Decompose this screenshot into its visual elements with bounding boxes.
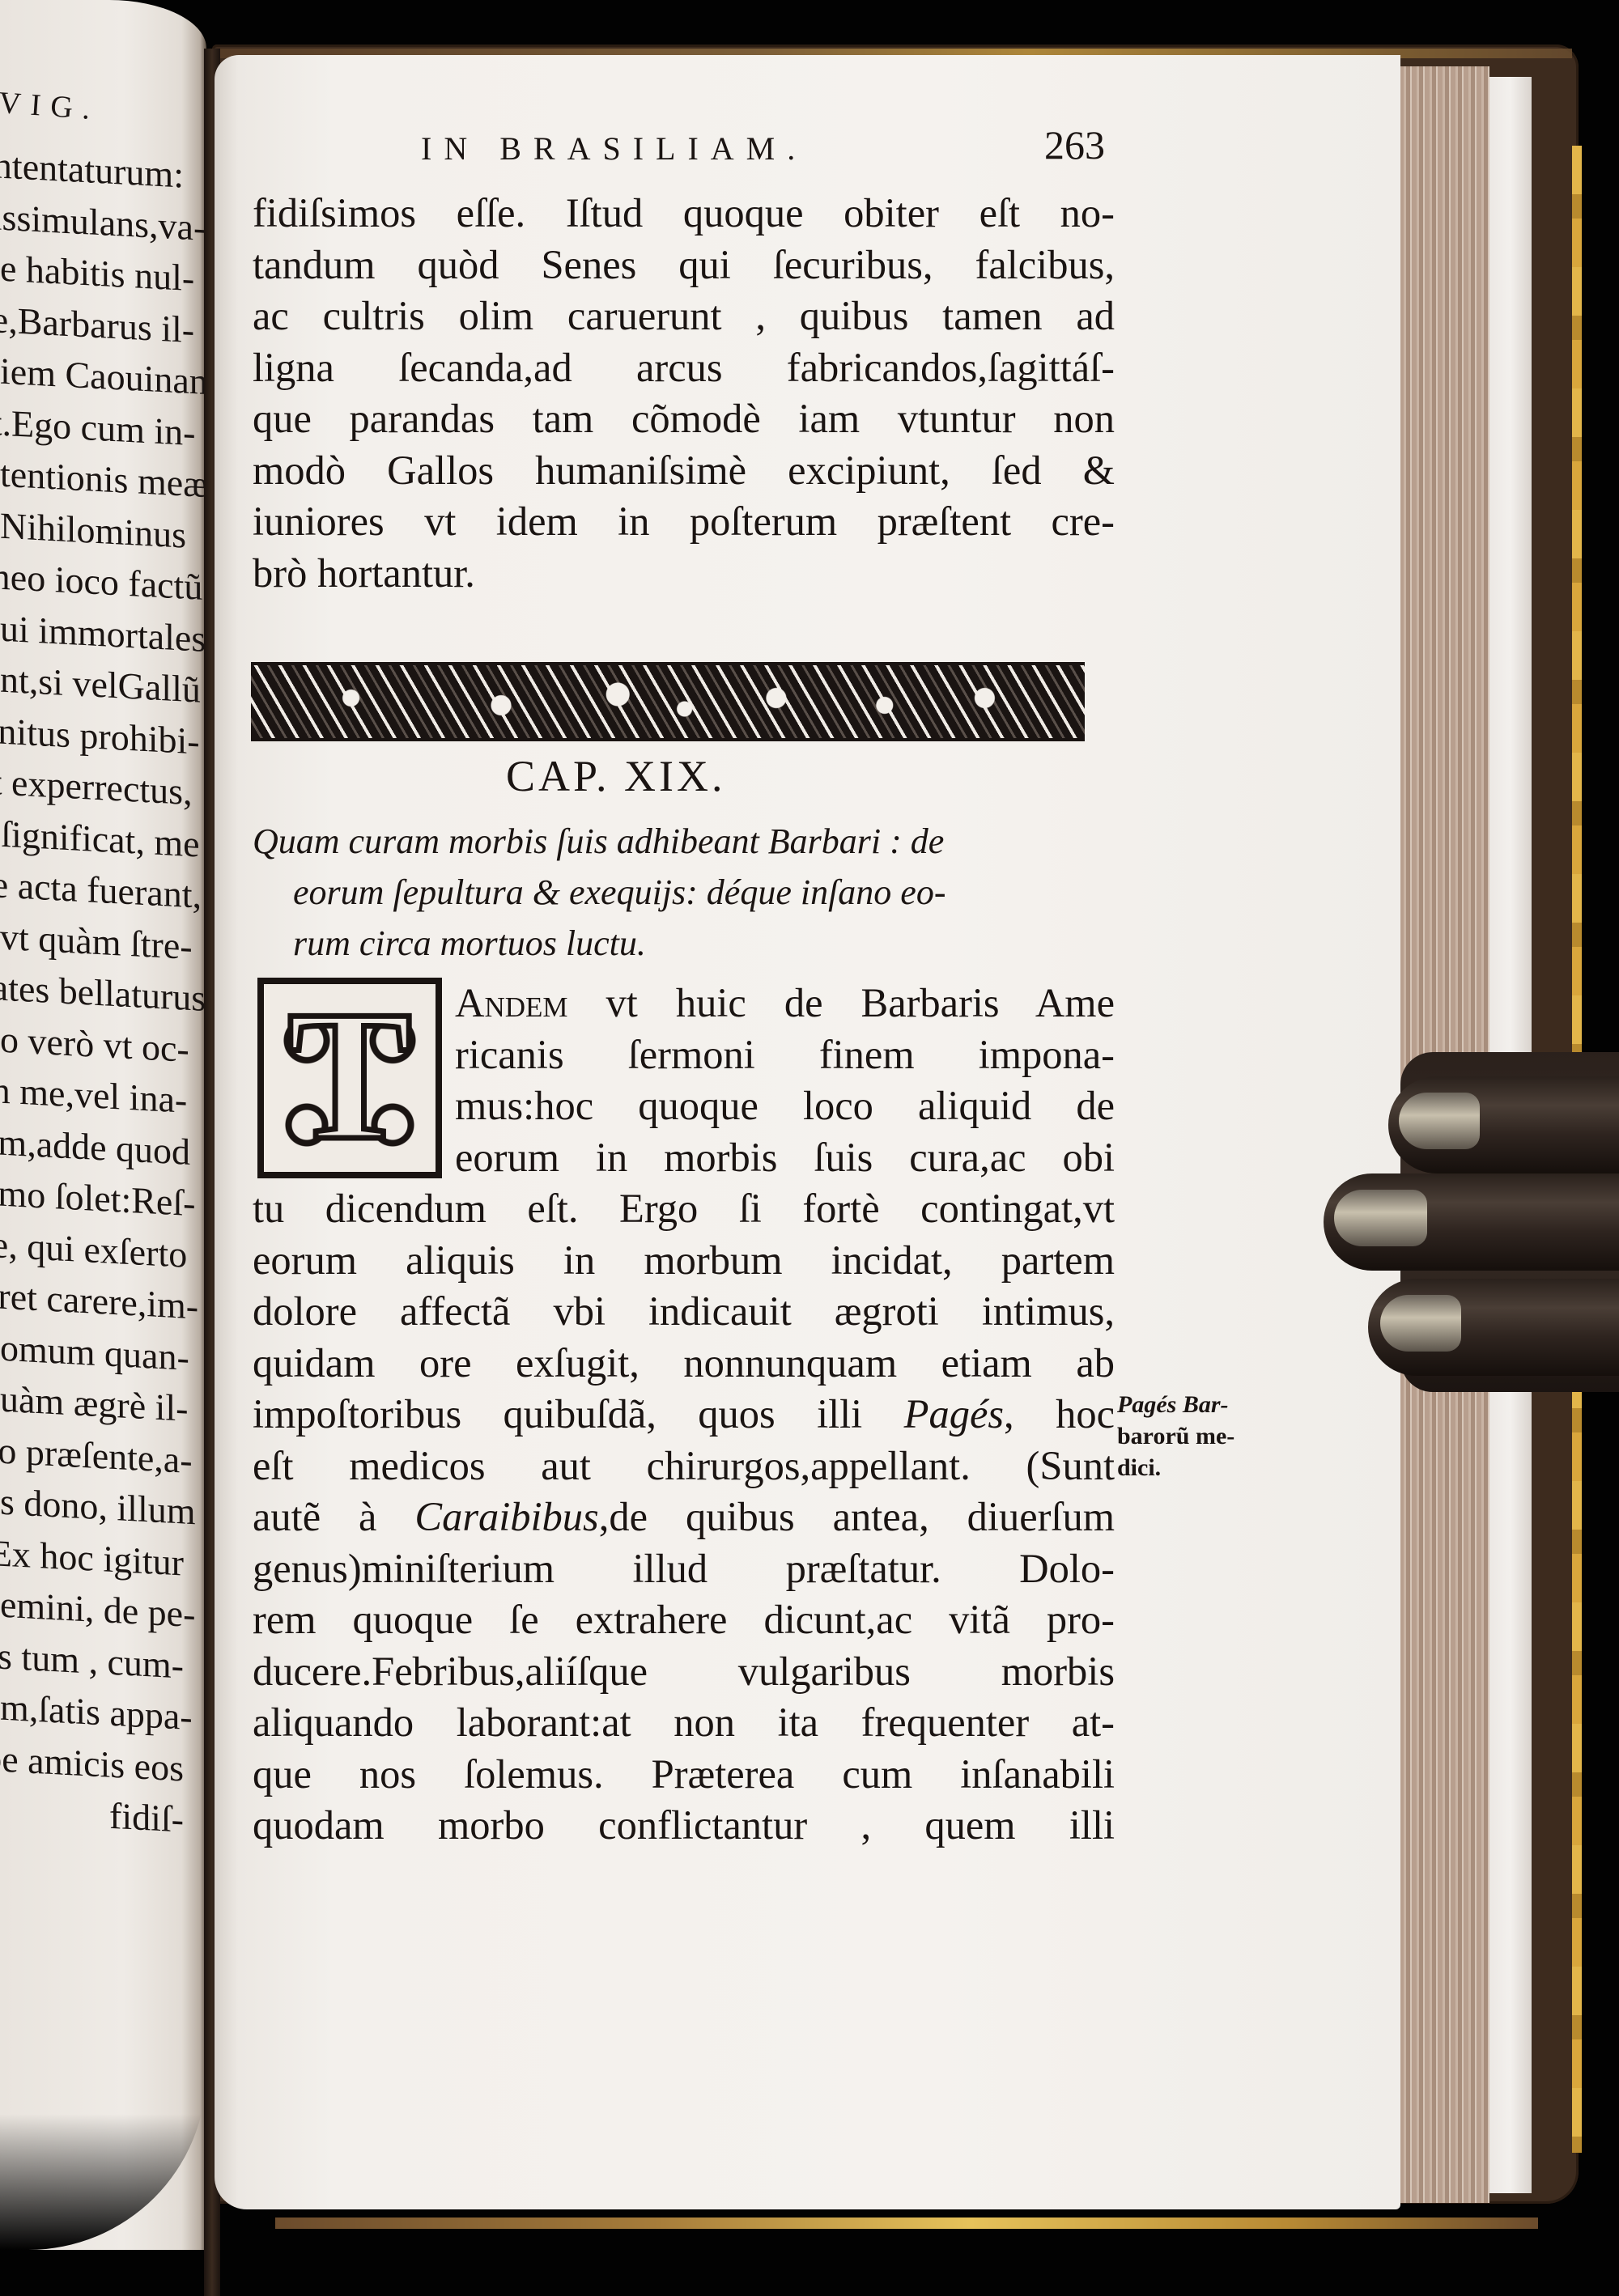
left-line: it.Ego cum in- [0,396,184,458]
left-line: unt,si velGallũ [0,652,184,715]
note-line: barorũ me- [1117,1420,1234,1452]
text-line: autẽ à Caraibibus,de quibus antea, diuer… [253,1492,1115,1543]
page-number: 263 [1044,121,1105,168]
text-line: ducere.Febribus,aliíſque vulgaribus morb… [253,1646,1115,1698]
left-page: VIG. intentaturum: lissimulans,va- ue ha… [0,0,206,2250]
text-line: mus:hoc quoque loco aliquid de [455,1080,1115,1132]
left-line: s tum , cum- [0,1629,184,1691]
text-line: quidam ore exſugit, nonnunquam etiam ab [253,1338,1115,1390]
text-line: ligna ſecanda,ad arcus fabricandos,ſagit… [253,342,1115,394]
left-line: iates bellaturus [0,961,184,1023]
text-line: eorum in morbis ſuis cura,ac obi [455,1132,1115,1184]
text-line: brò hortantur. [253,548,1115,600]
text-line: impoſtoribus quibuſdã, quos illi Pagés, … [253,1389,1115,1441]
left-line: go verò vt oc- [0,1012,184,1075]
left-line: quàm ægrè il- [0,1372,184,1434]
running-head: IN BRASILIAM. [421,129,807,168]
text-line: Andem vt huic de Barbaris Ame [455,978,1115,1029]
left-line: lissimulans,va- [0,190,184,253]
summary-line: eorum ſepultura & exequijs: déque inſano… [253,867,1115,918]
paragraph-1: fidiſsimos eſſe. Iſtud quoque obiter eſt… [253,188,1115,599]
left-line: um,ſatis appa- [0,1680,184,1742]
italic-term: Pagés [904,1391,1004,1437]
left-line: meo ioco factũ [0,550,184,612]
text-line: eorum aliquis in morbum incidat, partem [253,1235,1115,1287]
left-line: ſe acta fuerant, [0,858,184,920]
left-line: , vt quàm ſtre- [0,910,184,972]
text-line: ac cultris olim caruerunt , quibus tamen… [253,291,1115,342]
left-line: eret carere,im- [0,1269,184,1331]
text-line: que nos ſolemus. Præterea cum inſanabili [253,1749,1115,1801]
fingernail-icon [1399,1093,1480,1149]
left-line: eo præſente,a- [0,1424,184,1486]
left-line: os dono, illum [0,1475,184,1537]
summary-line: rum circa mortuos luctu. [253,918,1115,969]
text-line: fidiſsimos eſſe. Iſtud quoque obiter eſt… [253,188,1115,240]
left-line: nemini, de pe- [0,1577,184,1640]
left-line: te, qui exſerto [0,1218,184,1280]
chapter-title: CAP. XIX. [506,751,726,801]
left-line: domum quan- [0,1321,184,1383]
text-line: ricanis ſermoni finem impona- [455,1029,1115,1081]
left-line: em,adde quod [0,1115,184,1178]
left-line: enitus prohibi- [0,704,184,766]
text-line: iuniores vt idem in poſterum præſtent cr… [253,496,1115,548]
text-line: tu dicendum eſt. Ergo ſi fortè contingat… [253,1183,1115,1235]
first-word: Andem [455,980,568,1025]
italic-term: Caraibibus [414,1494,598,1539]
note-line: dici. [1117,1452,1234,1483]
left-line: i ſignificat, me [0,807,184,869]
left-line: fidiſ- [0,1783,184,1845]
text-line: dolore affectã vbi indicauit ægroti inti… [253,1286,1115,1338]
woodcut-ornament-band [251,662,1085,741]
text-line: eſt medicos aut chirurgos,appellant. (Su… [253,1441,1115,1492]
paragraph-2: Andem vt huic de Barbaris Ame ricanis ſe… [253,978,1115,1852]
fingernail-icon [1334,1190,1427,1246]
chapter-summary: Quam curam morbis ſuis adhibeant Barbari… [253,816,1115,969]
text-line: aliquando laborant:at non ita frequenter… [253,1697,1115,1749]
text-line: genus)miniſterium illud præſtatur. Dolo- [253,1543,1115,1595]
fingernail-icon [1380,1295,1461,1352]
left-line: pe amicis eos [0,1732,184,1794]
gilt-bottom-edge [275,2217,1538,2229]
left-line: ue habitis nul- [0,241,184,303]
left-line: Ex hoc igitur [0,1526,184,1589]
marginal-note: Pagés Bar- barorũ me- dici. [1117,1389,1234,1483]
text-line: tandum quòd Senes qui ſecuribus, falcibu… [253,240,1115,291]
left-line: ntentionis meæ [0,447,184,509]
left-line: in me,vel ina- [0,1063,184,1126]
left-page-text: intentaturum: lissimulans,va- ue habitis… [0,144,184,1840]
left-line: . Nihilominus [0,499,184,561]
note-line: Pagés Bar- [1117,1389,1234,1420]
bronze-hand-weight [1311,1012,1619,1392]
left-line: ſt experrectus, [0,755,184,817]
text-line: modò Gallos humaniſsimè excipiunt, ſed & [253,445,1115,497]
left-running-head: VIG. [0,85,101,128]
left-line: qui immortales [0,601,184,664]
text-line: que parandas tam cõmodè iam vtuntur non [253,393,1115,445]
text-line: rem quoque ſe extrahere dicunt,ac vitã p… [253,1594,1115,1646]
text-line: quodam morbo conflictantur , quem illi [253,1800,1115,1852]
summary-line: Quam curam morbis ſuis adhibeant Barbari… [253,816,1115,867]
left-line: emo ſolet:Reſ- [0,1166,184,1229]
left-line: diem Caouinan- [0,344,184,406]
left-line: intentaturum: [0,138,184,201]
left-line: te,Barbarus il- [0,293,184,355]
